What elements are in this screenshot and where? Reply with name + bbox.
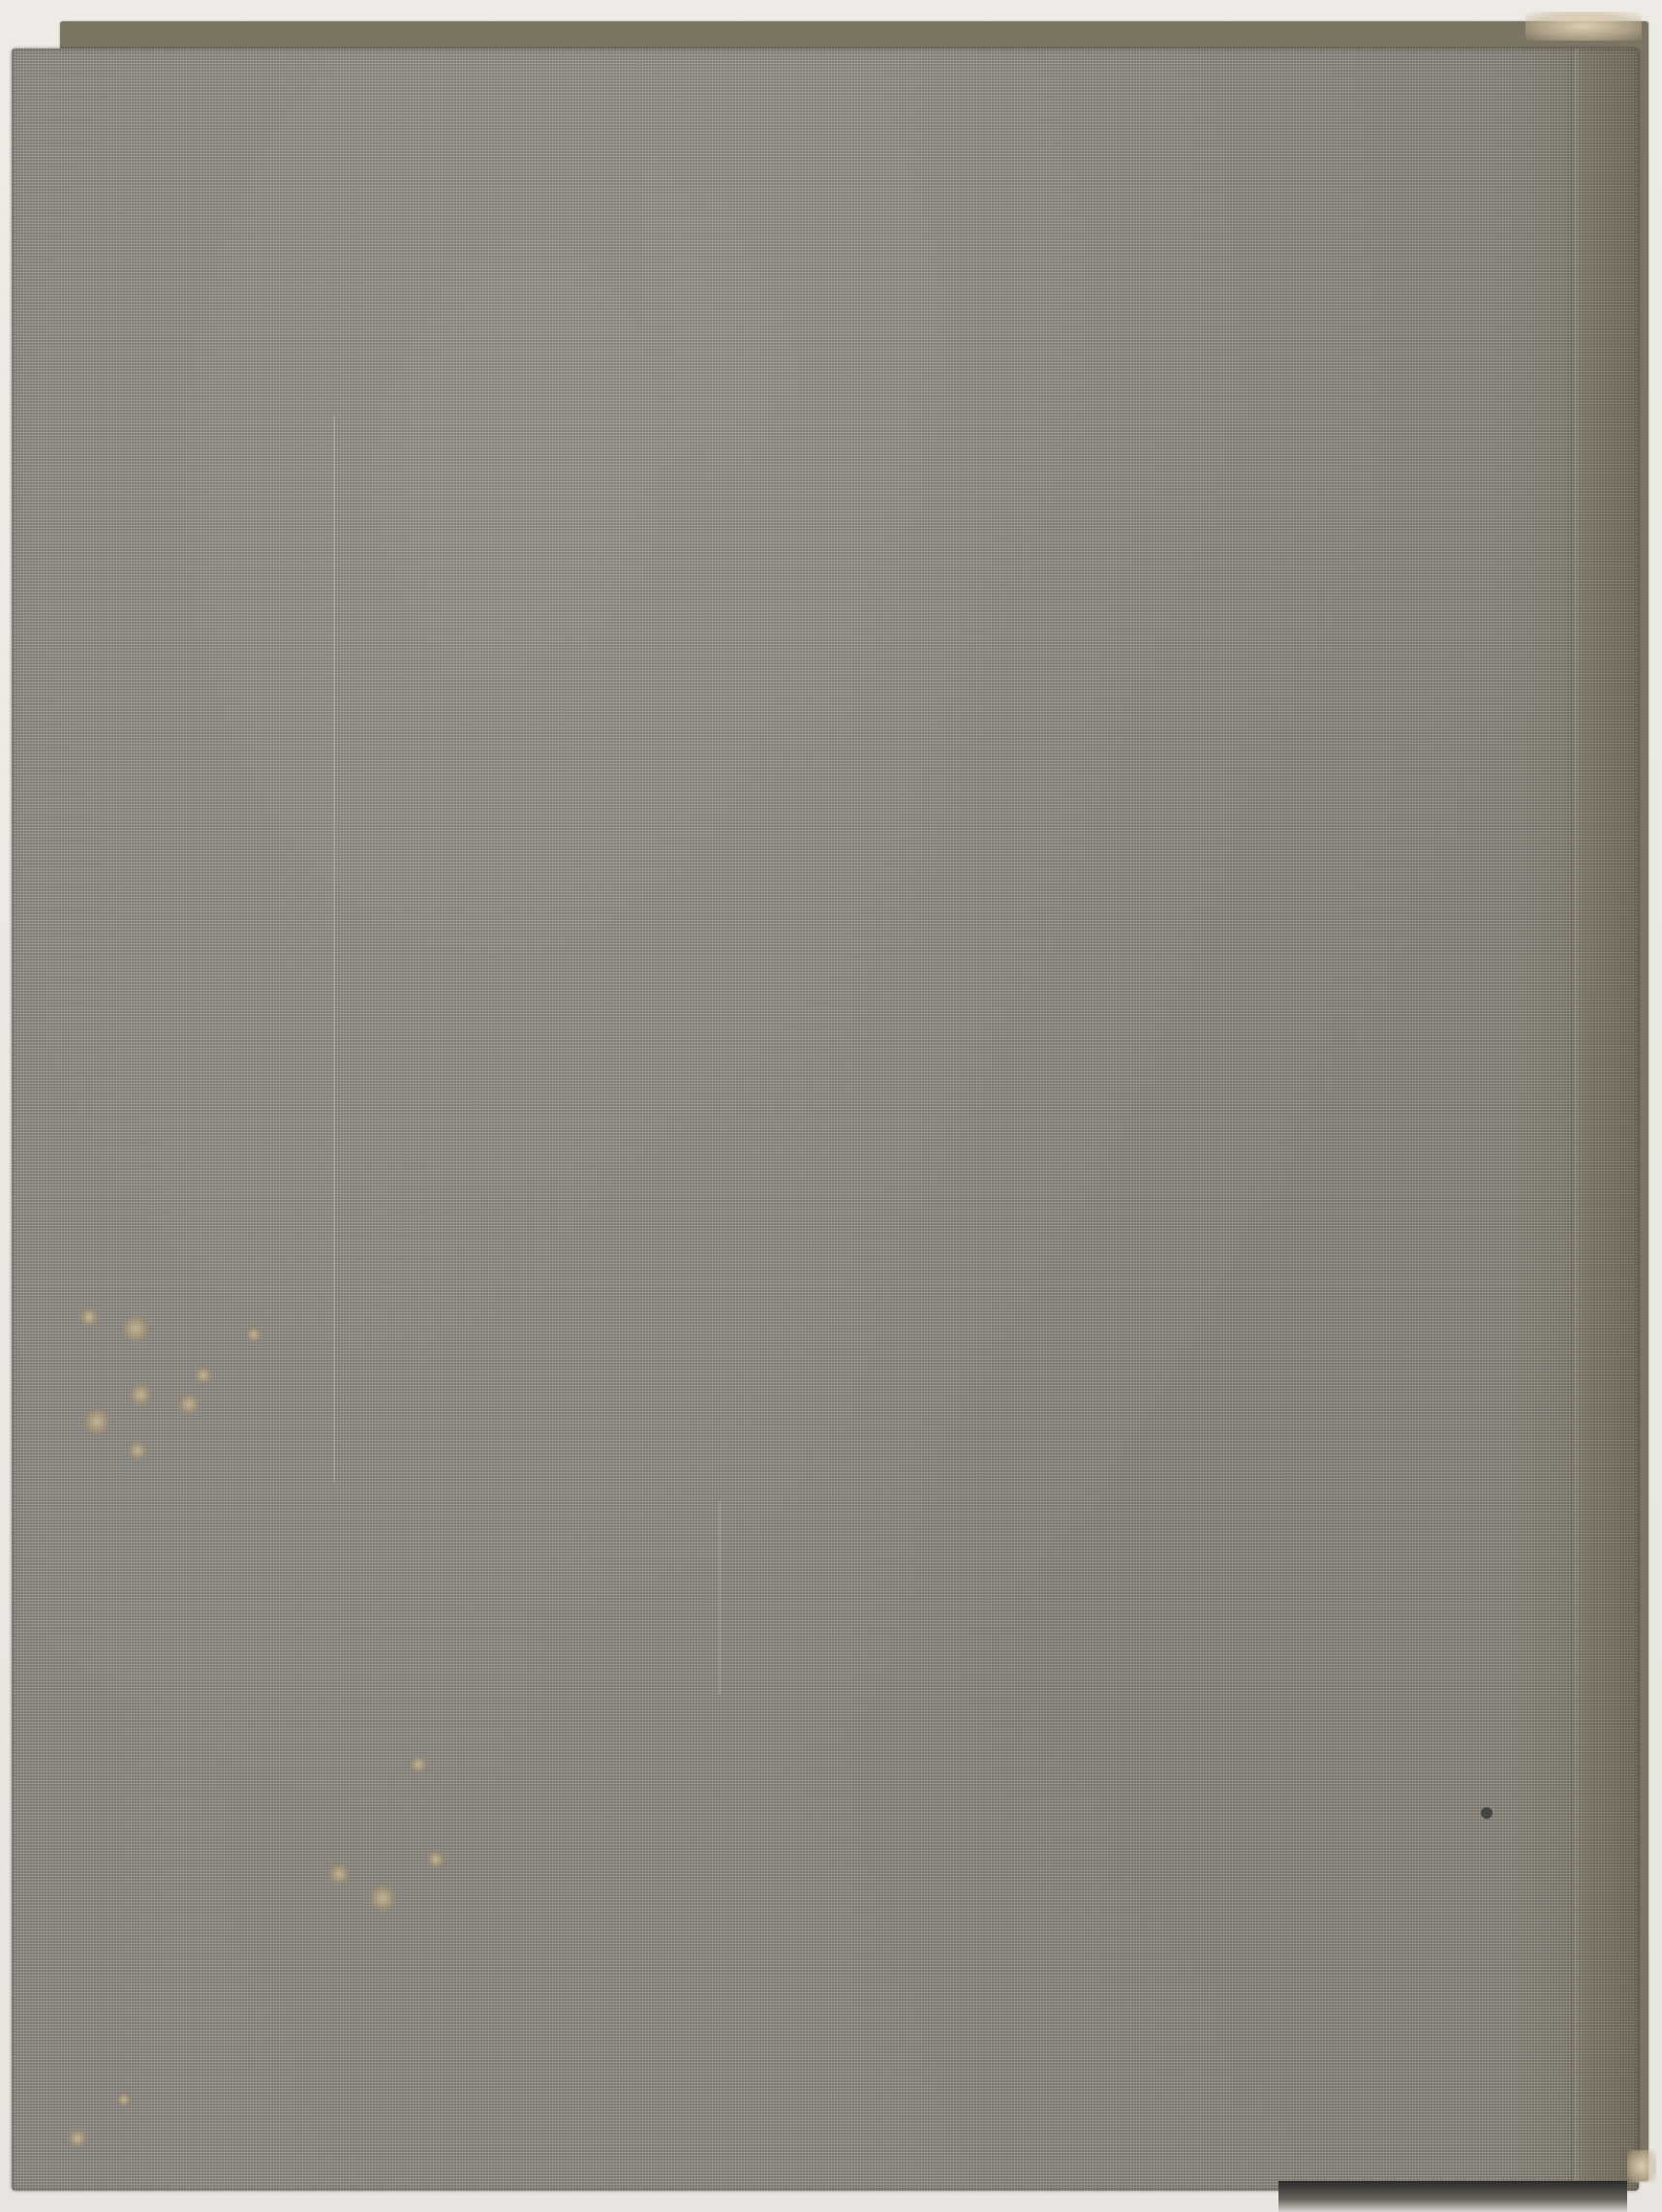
wear-spot — [129, 1383, 152, 1406]
frayed-corner-top-right — [1525, 12, 1642, 41]
wear-spot — [128, 1441, 147, 1460]
wear-spot — [68, 2129, 87, 2148]
cloth-crease — [719, 1501, 721, 1695]
wear-spot — [427, 1851, 445, 1868]
cloth-cover — [12, 48, 1639, 2191]
frayed-corner-bottom-right — [1627, 2150, 1656, 2183]
wear-spot — [410, 1756, 427, 1773]
bottom-shadow — [1278, 2181, 1627, 2212]
wear-spot — [117, 2093, 131, 2106]
wear-spot — [122, 1315, 149, 1342]
wear-spot — [178, 1394, 200, 1415]
wear-spot — [83, 1408, 110, 1435]
wear-spot — [79, 1307, 99, 1327]
wear-spot — [328, 1863, 350, 1885]
dark-spot — [1481, 1807, 1493, 1819]
spine-edge — [1583, 48, 1639, 2191]
book-cover-photo: Plain linen book cover (no visible text) — [0, 0, 1662, 2212]
wear-spot — [369, 1885, 396, 1912]
cloth-crease — [333, 416, 335, 1482]
wear-spot — [195, 1367, 212, 1384]
spine-hinge — [1571, 48, 1581, 2191]
wear-spot — [246, 1327, 262, 1342]
